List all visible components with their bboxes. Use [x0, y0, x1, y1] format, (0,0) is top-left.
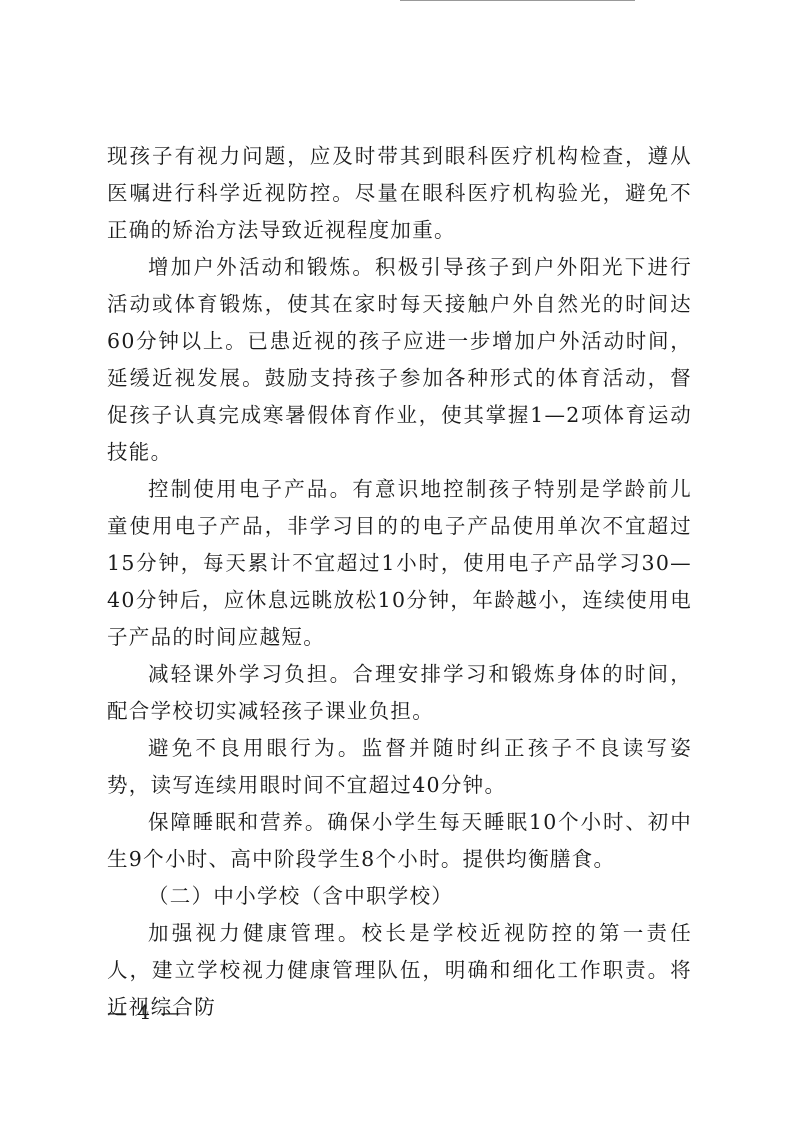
- paragraph-sleep-nutrition: 保障睡眠和营养。确保小学生每天睡眠10个小时、初中生9个小时、高中阶段学生8个小…: [107, 804, 692, 878]
- paragraph-continuation: 现孩子有视力问题，应及时带其到眼科医疗机构检查，遵从医嘱进行科学近视防控。尽量在…: [107, 138, 692, 249]
- paragraph-vision-management: 加强视力健康管理。校长是学校近视防控的第一责任人，建立学校视力健康管理队伍，明确…: [107, 915, 692, 1026]
- paragraph-outdoor-activity: 增加户外活动和锻炼。积极引导孩子到户外阳光下进行活动或体育锻炼，使其在家时每天接…: [107, 249, 692, 471]
- scan-top-edge-line: [400, 0, 635, 1]
- paragraph-eye-habits: 避免不良用眼行为。监督并随时纠正孩子不良读写姿势，读写连续用眼时间不宜超过40分…: [107, 730, 692, 804]
- document-body: 现孩子有视力问题，应及时带其到眼科医疗机构检查，遵从医嘱进行科学近视防控。尽量在…: [107, 138, 692, 1026]
- page-number: — 4 —: [107, 1000, 182, 1024]
- paragraph-study-burden: 减轻课外学习负担。合理安排学习和锻炼身体的时间，配合学校切实减轻孩子课业负担。: [107, 656, 692, 730]
- section-heading-schools: （二）中小学校（含中职学校）: [107, 878, 692, 915]
- paragraph-electronic-devices: 控制使用电子产品。有意识地控制孩子特别是学龄前儿童使用电子产品，非学习目的的电子…: [107, 471, 692, 656]
